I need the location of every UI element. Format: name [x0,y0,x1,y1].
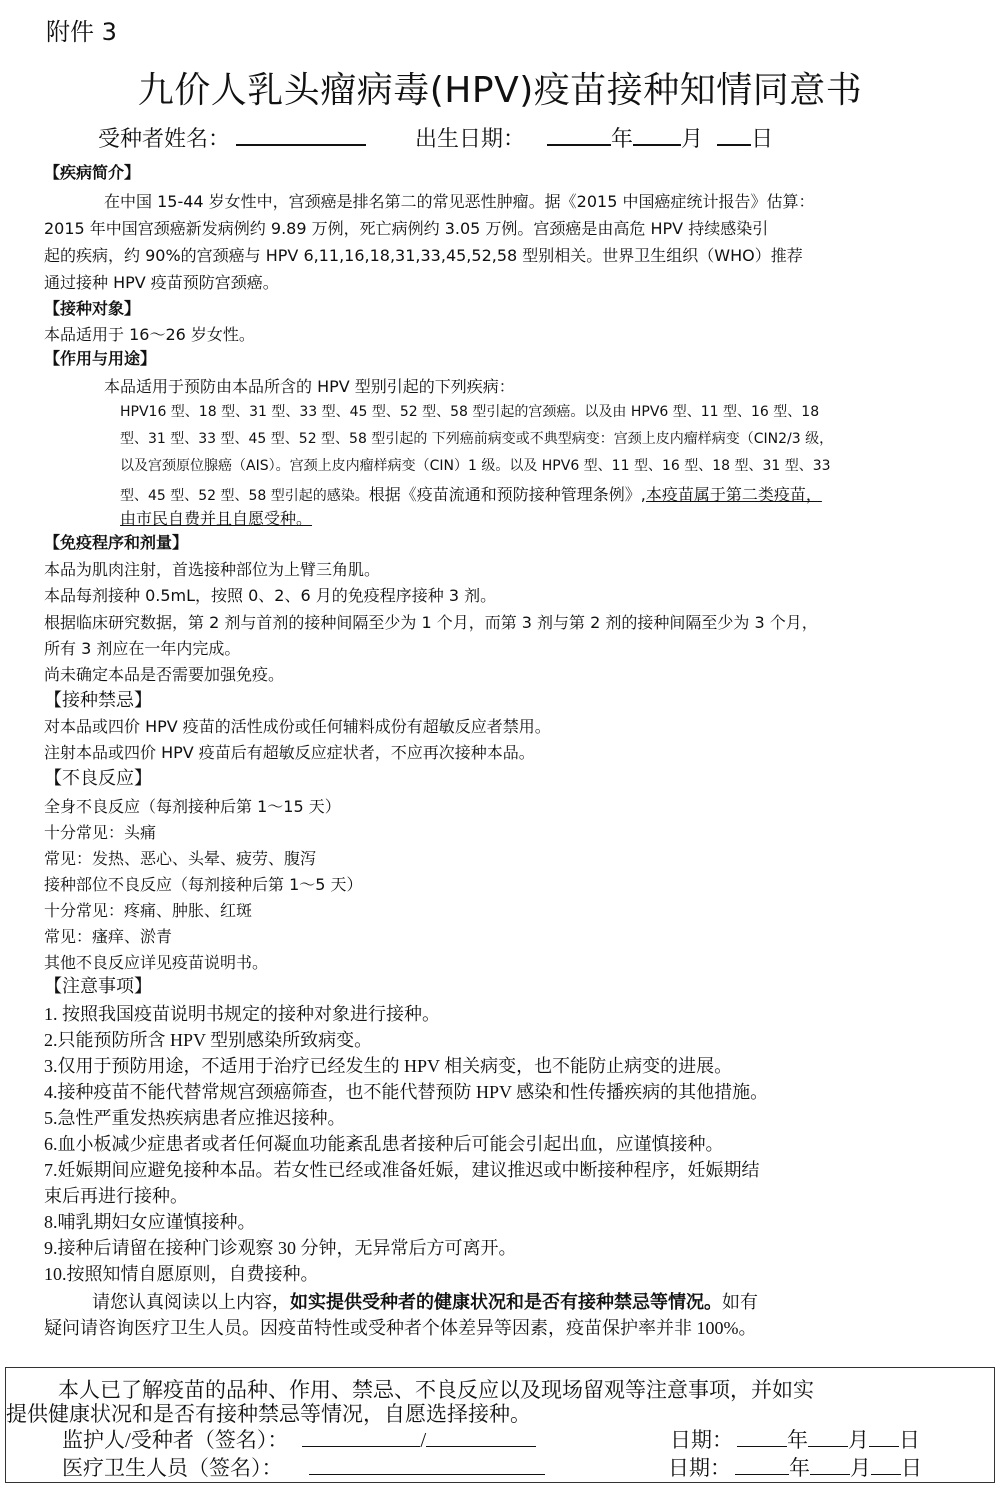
disease-text-line: 通过接种 HPV 疫苗预防宫颈癌。 [44,270,279,293]
adverse-line: 全身不良反应（每剂接种后第 1～15 天） [44,794,341,817]
closing-bold-text: 如实提供受种者的健康状况和是否有接种禁忌等情况。 [290,1292,722,1312]
usage-text-line: 以及宫颈原位腺癌（AIS）。宫颈上皮内瘤样病变（CIN）1 级。以及 HPV6 … [120,455,831,475]
birth-year-field[interactable] [547,124,611,146]
medical-date-year-field[interactable] [735,1456,789,1475]
medical-date-month-field[interactable] [810,1456,850,1475]
note-item: 8.哺乳期妇女应谨慎接种。 [44,1208,256,1234]
schedule-text-line: 根据临床研究数据，第 2 剂与首剂的接种间隔至少为 1 个月，而第 3 剂与第 … [44,610,818,633]
closing-text-end: 如有 [722,1292,758,1312]
date-label: 日期： [670,1428,733,1452]
schedule-text-line: 尚未确定本品是否需要加强免疫。 [44,662,284,685]
schedule-text-line: 本品为肌肉注射，首选接种部位为上臂三角肌。 [44,557,380,580]
medical-signature-field[interactable] [309,1456,545,1475]
guardian-signature-row: 监护人/受种者（签名）：/ [62,1424,536,1454]
recipient-info-row: 受种者姓名： 出生日期：年月日 [98,122,773,153]
closing-text: 请您认真阅读以上内容， [92,1292,290,1312]
vaccine-category-text: 本疫苗属于第二类疫苗， [646,485,822,504]
birth-day-field[interactable] [717,124,751,146]
adverse-line: 其他不良反应详见疫苗说明书。 [44,950,268,973]
note-item: 6.血小板减少症患者或者任何凝血功能紊乱患者接种后可能会引起出血，应谨慎接种。 [44,1130,724,1156]
birth-date-label: 出生日期： [415,127,525,152]
date-label: 日期： [668,1456,731,1480]
usage-text-line: 型、31 型、33 型、45 型、52 型、58 型引起的 下列癌前病变或不典型… [120,428,833,448]
section-heading-usage: 【作用与用途】 [44,346,156,369]
self-pay-text: 由市民自费并且自愿受种。 [120,506,312,529]
recipient-signature-field[interactable] [426,1428,536,1447]
closing-paragraph: 请您认真阅读以上内容，如实提供受种者的健康状况和是否有接种禁忌等情况。如有 [92,1288,758,1314]
note-item: 2.只能预防所含 HPV 型别感染所致病变。 [44,1026,372,1052]
section-heading-adverse: 【不良反应】 [44,764,152,790]
note-item: 束后再进行接种。 [44,1182,188,1208]
note-item: 1. 按照我国疫苗说明书规定的接种对象进行接种。 [44,1000,440,1026]
name-label: 受种者姓名： [98,127,230,152]
section-heading-schedule: 【免疫程序和剂量】 [44,530,188,553]
year-label: 年 [611,127,633,152]
disease-text-line: 起的疾病，约 90%的宫颈癌与 HPV 6,11,16,18,31,33,45,… [44,243,803,266]
name-field[interactable] [236,124,366,146]
usage-text-line: HPV16 型、18 型、31 型、33 型、45 型、52 型、58 型引起的… [120,401,819,421]
contraindication-line: 注射本品或四价 HPV 疫苗后有超敏反应症状者，不应再次接种本品。 [44,740,535,763]
regulation-text: 根据《疫苗流通和预防接种管理条例》, [369,485,646,504]
guardian-date-year-field[interactable] [737,1428,787,1447]
guardian-date-row: 日期：年月日 [670,1424,920,1454]
note-item: 5.急性严重发热疾病患者应推迟接种。 [44,1104,346,1130]
note-item: 9.接种后请留在接种门诊观察 30 分钟，无异常后方可离开。 [44,1234,517,1260]
usage-intro: 本品适用于预防由本品所含的 HPV 型别引起的下列疾病： [104,374,515,397]
section-heading-disease: 【疾病简介】 [44,160,140,183]
section-heading-notes: 【注意事项】 [44,972,152,998]
adverse-line: 常见：瘙痒、淤青 [44,924,172,947]
medical-signature-label: 医疗卫生人员（签名）： [62,1456,283,1480]
adverse-line: 常见：发热、恶心、头晕、疲劳、腹泻 [44,846,316,869]
adverse-line: 十分常见：头痛 [44,820,156,843]
schedule-text-line: 所有 3 剂应在一年内完成。 [44,636,240,659]
usage-text: 型、45 型、52 型、58 型引起的感染。 [120,488,369,504]
guardian-date-month-field[interactable] [808,1428,848,1447]
section-heading-contraindications: 【接种禁忌】 [44,686,152,712]
guardian-signature-field[interactable] [302,1428,420,1447]
guardian-signature-label: 监护人/受种者（签名）： [62,1428,288,1452]
schedule-text-line: 本品每剂接种 0.5mL，按照 0、2、6 月的免疫程序接种 3 剂。 [44,583,496,606]
birth-month-field[interactable] [633,124,681,146]
note-item: 10.按照知情自愿原则，自费接种。 [44,1260,319,1286]
medical-date-row: 日期：年月日 [668,1452,922,1482]
guardian-date-day-field[interactable] [869,1428,899,1447]
attachment-label: 附件 3 [46,12,117,47]
disease-text-line: 2015 年中国宫颈癌新发病例约 9.89 万例，死亡病例约 3.05 万例。宫… [44,216,768,239]
adverse-line: 十分常见：疼痛、肿胀、红斑 [44,898,252,921]
medical-signature-row: 医疗卫生人员（签名）： [62,1452,545,1482]
day-label: 日 [751,127,773,152]
document-title: 九价人乳头瘤病毒(HPV)疫苗接种知情同意书 [0,62,1000,113]
month-label: 月 [848,1428,869,1452]
note-item: 7.妊娠期间应避免接种本品。若女性已经或准备妊娠，建议推迟或中断接种程序，妊娠期… [44,1156,760,1182]
day-label: 日 [901,1456,922,1480]
month-label: 月 [850,1456,871,1480]
medical-date-day-field[interactable] [871,1456,901,1475]
consent-box: 本人已了解疫苗的品种、作用、禁忌、不良反应以及现场留观等注意事项，并如实 提供健… [5,1367,995,1483]
note-item: 3.仅用于预防用途，不适用于治疗已经发生的 HPV 相关病变，也不能防止病变的进… [44,1052,732,1078]
month-label: 月 [681,127,703,152]
section-heading-target: 【接种对象】 [44,296,140,319]
note-item: 4.接种疫苗不能代替常规宫颈癌筛查，也不能代替预防 HPV 感染和性传播疾病的其… [44,1078,768,1104]
contraindication-line: 对本品或四价 HPV 疫苗的活性成份或任何辅料成份有超敏反应者禁用。 [44,714,551,737]
closing-line-2: 疑问请咨询医疗卫生人员。因疫苗特性或受种者个体差异等因素，疫苗保护率并非 100… [44,1314,757,1340]
target-text: 本品适用于 16～26 岁女性。 [44,322,255,345]
adverse-line: 接种部位不良反应（每剂接种后第 1～5 天） [44,872,363,895]
disease-text-line: 在中国 15-44 岁女性中，宫颈癌是排名第二的常见恶性肿瘤。据《2015 中国… [104,189,814,212]
usage-text-line-last: 型、45 型、52 型、58 型引起的感染。根据《疫苗流通和预防接种管理条例》,… [120,482,822,505]
day-label: 日 [899,1428,920,1452]
year-label: 年 [789,1456,810,1480]
year-label: 年 [787,1428,808,1452]
